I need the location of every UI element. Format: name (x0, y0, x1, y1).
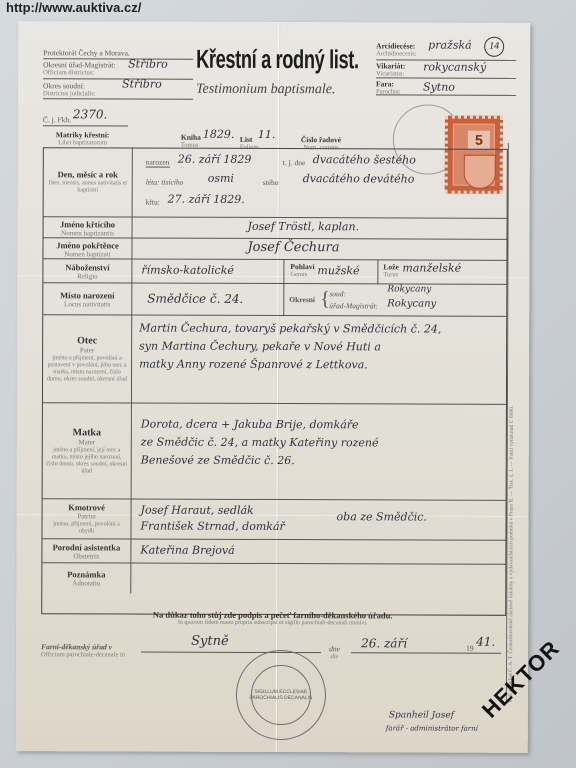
table-row-baptizer: Jméno křtícího Nomen baptizantis Josef T… (44, 216, 507, 240)
registry-label: Matriky křestní: Libri baptizatorum (56, 131, 110, 147)
page-number: 14 (484, 37, 504, 57)
father-line-3: matky Anny rozené Španrové z Lettkova. (139, 358, 368, 372)
seal-text: SIGILLUM ECCLESIAE PAROCHIALIS DECANALIS (239, 689, 323, 701)
birth-year-words-1: osmi (208, 172, 234, 185)
document-subtitle: Testimonium baptismale. (196, 82, 336, 98)
table-row-mother: Matka Mater jméno a příjmení, její otec … (43, 402, 506, 501)
archdiocese-value: pražská (428, 39, 472, 52)
signature: Spanheil Josef (389, 710, 454, 720)
vicariate-value: rokycanský (423, 61, 486, 74)
bed-value: manželské (402, 261, 461, 274)
birth-year-words-2: dvacátého devátého (303, 172, 415, 185)
baptism-date: 27. září 1829. (168, 193, 245, 206)
stamp-value: 5 (468, 131, 490, 149)
district-office-field: Okresní úřad-Magistrát: Officium distric… (43, 61, 193, 78)
divider (43, 125, 128, 126)
archdiocese-field: Arcidiecése: Archidioecesis: (376, 42, 416, 58)
father-line-1: Martin Čechura, tovaryš pekařský v Smědč… (139, 322, 441, 336)
godparent-2: František Strnad, domkář (140, 520, 284, 534)
printer-note: Tisk a náklad Č. A. T. Československé ak… (508, 406, 515, 703)
sex-value: mužské (317, 264, 359, 277)
baptism-certificate: Protektorát Čechy a Morava. Okresní úřad… (16, 21, 531, 753)
divider (376, 77, 516, 78)
table-row-birthplace: Místo narození Locus nativitatis Smědčic… (43, 282, 506, 317)
table-row-father: Otec Pater jméno a příjmení, povolání a … (43, 314, 506, 405)
parish-value: Sytno (423, 81, 455, 94)
document-title: Křestní a rodný list. (196, 44, 359, 76)
table-row-godparents: Kmotrové Patrini jméno, příjmení, povolá… (42, 498, 505, 541)
divider (43, 98, 193, 100)
godparent-1: Josef Haraut, sedlák (141, 504, 254, 517)
table-row-religion: Náboženství Religio římsko-katolické Poh… (43, 258, 506, 285)
district-office-value: Stříbro (128, 57, 168, 70)
father-line-2: syn Martina Čechury, pekaře v Nové Huti … (139, 340, 381, 354)
table-row-dates: Den, měsíc a rok Dies, mensis, annus nat… (44, 148, 507, 218)
sheet-value: 11. (258, 128, 276, 141)
religion-value: římsko-katolické (141, 264, 234, 277)
godparents-residence: oba ze Smědčic. (337, 510, 427, 523)
attestation: Na důkaz toho stůj zde podpis a pečeť fa… (41, 609, 504, 627)
birth-day-words: dvacátého šestého (313, 153, 416, 166)
mother-line-1: Dorota, dcera + Jakuba Brije, domkáře (141, 418, 359, 432)
court-value: Rokycany (387, 284, 431, 294)
court-district-field: Okres soudní: Districtus judicialis: (43, 82, 193, 99)
office-value: Sytně (191, 634, 229, 649)
baptizer-name: Josef Tröstl, kaplan. (248, 220, 360, 233)
watermark-url: http://www.auktiva.cz/ (6, 0, 141, 15)
ref-value: 2370. (73, 107, 107, 121)
baptized-name: Josef Čechura (247, 240, 339, 255)
birth-date: 26. září 1829 (178, 153, 252, 166)
ref-label: Č. j. Fkh. (43, 116, 71, 124)
book-value: 1829. (203, 128, 235, 141)
parish-seal: SIGILLUM ECCLESIAE PAROCHIALIS DECANALIS (236, 650, 326, 740)
birthplace-value: Smědčice č. 24. (147, 292, 243, 306)
table-row-note: Poznámka Adnotatio (42, 562, 505, 595)
vicariate-field: Vikariát: Vicariatus: (376, 62, 405, 78)
mother-line-3: Benešové ze Smědčic č. 26. (141, 454, 295, 468)
office-value: Rokycany (387, 298, 436, 309)
divider (43, 78, 193, 80)
signature-title: farář - administrátor farní (386, 724, 478, 732)
office-field: Farní-děkanský úřad v Officium parochial… (41, 643, 125, 659)
protectorate-label: Protektorát Čechy a Morava. (43, 49, 193, 58)
date-value: 26. září (361, 636, 407, 650)
records-table: Den, měsíc a rok Dies, mensis, annus nat… (41, 147, 508, 616)
table-row-baptized: Jméno pokřtěnce Nomen baptizati Josef Če… (43, 237, 506, 261)
table-row-midwife: Porodní asistentka Obstetrix Kateřina Br… (42, 538, 505, 565)
year-value: 41. (476, 635, 495, 649)
mother-line-2: ze Smědčic č. 24, a matky Kateřiny rozen… (141, 436, 379, 450)
midwife-name: Kateřina Brejová (140, 544, 234, 557)
court-district-value: Stříbro (122, 77, 162, 90)
date-field: dne die (329, 645, 340, 661)
